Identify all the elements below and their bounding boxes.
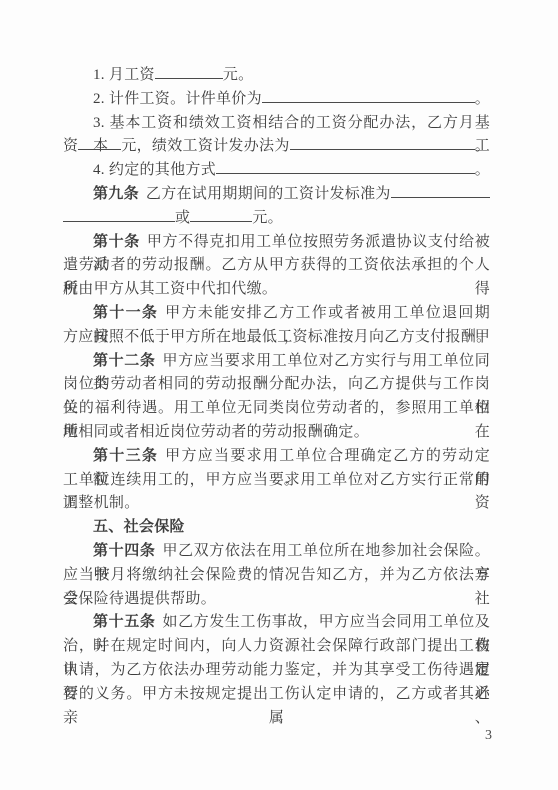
article-9-line2: 或元。 xyxy=(63,207,490,231)
text-run: 乙方在试用期期间的工资计发标准为 xyxy=(146,183,391,207)
article-12-line1: 第十二条甲方应当要求用工单位对乙方实行与用工单位同类 xyxy=(63,350,490,374)
article-15-line4: 要的义务。甲方未按规定提出工伤认定申请的，乙方或者其近亲属、 xyxy=(63,683,490,707)
text-run: 调整机制。 xyxy=(63,495,140,511)
text-run: 会保险待遇提供帮助。 xyxy=(63,591,216,607)
text-run: 元。 xyxy=(252,210,283,226)
article-10-line2: 遣劳动者的劳动报酬。乙方从甲方获得的工资依法承担的个人所得 xyxy=(63,254,490,278)
article-13-line1: 第十三条甲方应当要求用工单位合理确定乙方的劳动定额。用 xyxy=(63,445,490,469)
wage-item-4: 4. 约定的其他方式。 xyxy=(63,159,490,183)
article-number: 第九条 xyxy=(93,183,139,207)
blank-field xyxy=(391,184,490,198)
document-lines: 1. 月工资元。2. 计件工资。计件单价为。3. 基本工资和绩效工资相结合的工资… xyxy=(63,64,490,707)
blank-field xyxy=(216,160,475,174)
article-number: 五、社会保险 xyxy=(93,519,185,535)
article-number: 第十二条 xyxy=(93,353,155,369)
text-run: 元。 xyxy=(223,67,254,83)
article-14-line2: 应当按月将缴纳社会保险费的情况告知乙方，并为乙方依法享受社 xyxy=(63,564,490,588)
article-number: 第十三条 xyxy=(93,448,158,464)
article-number: 第十四条 xyxy=(93,543,155,559)
blank-field xyxy=(290,136,475,150)
text-run: 税由甲方从其工资中代扣代缴。 xyxy=(63,281,277,297)
article-14-line1: 第十四条甲乙双方依法在用工单位所在地参加社会保险。甲方 xyxy=(63,540,490,564)
text-run: 要的义务。甲方未按规定提出工伤认定申请的，乙方或者其近亲属、 xyxy=(63,686,490,726)
article-11-line1: 第十一条甲方未能安排乙方工作或者被用工单位退回期间，甲 xyxy=(63,302,490,326)
article-12-line3: 关的福利待遇。用工单位无同类岗位劳动者的，参照用工单位所在 xyxy=(63,397,490,421)
page-number: 3 xyxy=(485,728,492,744)
text-run: 。 xyxy=(475,135,490,159)
article-number: 第十五条 xyxy=(93,614,155,630)
text-run: 元，绩效工资计发办法为 xyxy=(121,135,289,159)
text-run: 方应按照不低于甲方所在地最低工资标准按月向乙方支付报酬。 xyxy=(63,329,491,345)
article-9-line1: 第九条乙方在试用期期间的工资计发标准为 xyxy=(63,183,490,207)
article-12-line2: 岗位的劳动者相同的劳动报酬分配办法，向乙方提供与工作岗位相 xyxy=(63,373,490,397)
blank-field xyxy=(262,89,475,103)
wage-item-2: 2. 计件工资。计件单价为。 xyxy=(63,88,490,112)
article-10-line1: 第十条甲方不得克扣用工单位按照劳务派遣协议支付给被派 xyxy=(63,231,490,255)
text-run: 资 xyxy=(63,135,78,159)
text-run: 2. 计件工资。计件单价为 xyxy=(93,88,262,112)
text-run: 1. 月工资 xyxy=(93,67,155,83)
blank-field xyxy=(63,208,175,222)
text-run: 或 xyxy=(175,210,190,226)
article-number: 第十条 xyxy=(93,234,140,250)
blank-field xyxy=(78,136,121,150)
text-run: 地相同或者相近岗位劳动者的劳动报酬确定。 xyxy=(63,424,369,440)
blank-field xyxy=(155,65,223,79)
article-number: 第十一条 xyxy=(93,305,158,321)
article-15-line3: 申请，为乙方依法办理劳动能力鉴定，并为其享受工伤待遇履行必 xyxy=(63,659,490,683)
text-run: 。 xyxy=(475,88,490,112)
document-page: 1. 月工资元。2. 计件工资。计件单价为。3. 基本工资和绩效工资相结合的工资… xyxy=(0,0,558,790)
text-run: 。 xyxy=(475,159,490,183)
article-13-line2: 工单位连续用工的，甲方应当要求用工单位对乙方实行正常的工资 xyxy=(63,469,490,493)
wage-item-1: 1. 月工资元。 xyxy=(63,64,490,88)
section-5-heading: 五、社会保险 xyxy=(63,516,490,540)
article-15-line2: 治，并在规定时间内，向人力资源社会保障行政部门提出工伤认定 xyxy=(63,635,490,659)
article-15-line1: 第十五条如乙方发生工伤事故，甲方应当会同用工单位及时救 xyxy=(63,611,490,635)
article-11-line2: 方应按照不低于甲方所在地最低工资标准按月向乙方支付报酬。 xyxy=(63,326,490,350)
text-run: 4. 约定的其他方式 xyxy=(93,159,216,183)
blank-field xyxy=(190,208,252,222)
wage-item-3-line1: 3. 基本工资和绩效工资相结合的工资分配办法，乙方月基本工 xyxy=(63,112,490,136)
